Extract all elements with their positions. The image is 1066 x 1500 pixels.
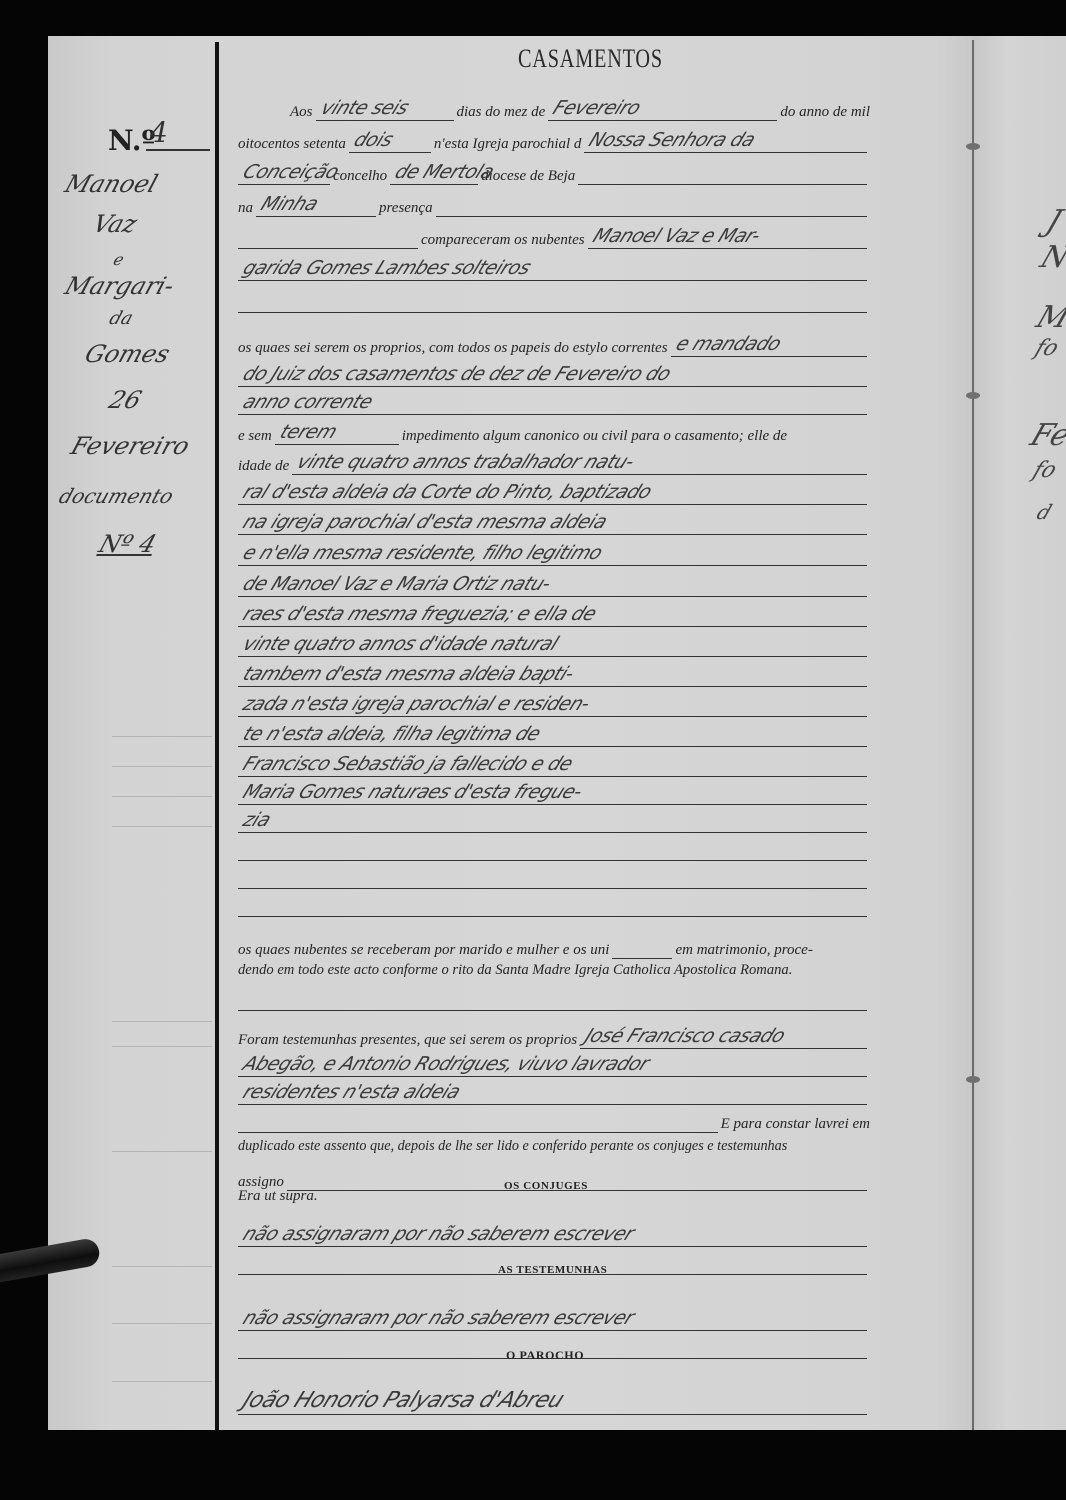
margin-note-line: 26 (105, 386, 145, 414)
binding-stitch (966, 143, 980, 150)
signature-line: não assignaram por não saberem escrever (238, 1306, 870, 1331)
parocho-signature: João Honorio Palyarsa d'Abreu (238, 1390, 867, 1415)
blank-line (238, 288, 867, 313)
form-line: Aos vinte seis dias do mez de Fevereiro … (238, 96, 870, 121)
form-line: Maria Gomes naturaes d'esta fregue- (238, 780, 870, 805)
facing-page-fragment: J (1042, 204, 1066, 239)
witnesses-field: José Francisco casado (580, 1024, 867, 1049)
spouses-field: Manoel Vaz e Mar- (588, 224, 867, 249)
page-title: CASAMENTOS (518, 44, 663, 74)
form-line: Francisco Sebastião ja fallecido e de (238, 752, 870, 777)
margin-note-line: Nº 4 (95, 530, 159, 558)
blank-line (238, 864, 867, 889)
form-line (238, 864, 870, 889)
form-line: na igreja parochial d'esta mesma aldeia (238, 510, 870, 535)
narrative-line: vinte quatro annos d'idade natural (238, 632, 867, 657)
bleed-line (112, 796, 212, 797)
margin-rule (215, 42, 219, 1430)
form-line: zada n'esta igreja parochial e residen- (238, 692, 870, 717)
facing-page-fragment: d (1034, 500, 1056, 524)
bleed-line (112, 1266, 212, 1267)
narrative-line: Francisco Sebastião ja fallecido e de (238, 752, 867, 777)
form-line: de Manoel Vaz e Maria Ortiz natu- (238, 572, 870, 597)
form-line: anno corrente (238, 390, 870, 415)
margin-note-line: da (107, 308, 136, 329)
narrative-line: ral d'esta aldeia da Corte do Pinto, bap… (238, 480, 867, 505)
form-line: raes d'esta mesma freguezia; e ella de (238, 602, 870, 627)
narrative-line: e n'ella mesma residente, filho legitimo (238, 541, 867, 566)
form-line: vinte quatro annos d'idade natural (238, 632, 870, 657)
form-line: e n'ella mesma residente, filho legitimo (238, 541, 870, 566)
form-line: na Minha presença (238, 192, 870, 217)
blank-line (238, 836, 867, 861)
facing-page-fragment: fo (1029, 458, 1059, 483)
blank-line (238, 224, 418, 249)
bleed-line (112, 1021, 212, 1022)
blank-line (578, 160, 867, 185)
closing-line: duplicado este assento que, depois de lh… (238, 1138, 870, 1155)
bleed-line (112, 736, 212, 737)
form-line: compareceram os nubentes Manoel Vaz e Ma… (238, 224, 870, 249)
narrative-line: zia (238, 808, 867, 833)
signature-line: não assignaram por não saberem escrever (238, 1222, 870, 1247)
facing-page-fragment: Fe (1026, 418, 1066, 453)
margin-note-line: Margari- (61, 272, 177, 300)
blank-line (238, 892, 867, 917)
parish-field-cont: Conceição (238, 160, 330, 185)
municipality-field: de Mertola (390, 160, 478, 185)
conjuges-label: OS CONJUGES (504, 1180, 588, 1192)
year-field: dois (349, 128, 431, 153)
form-line (238, 836, 870, 861)
binding-stitch (966, 392, 980, 399)
spouses-field-cont: garida Gomes Lambes solteiros (238, 256, 867, 281)
form-line: e sem terem impedimento algum canonico o… (238, 420, 870, 445)
facing-page-fragment: M (1032, 300, 1066, 335)
form-line: Conceição concelho de Mertola diocese de… (238, 160, 870, 185)
register-page: CASAMENTOS N.º 4 Manoel Vaz e Margari- d… (48, 36, 1066, 1430)
parish-field: Nossa Senhora da (584, 128, 867, 153)
margin-note-line: Fevereiro (67, 432, 193, 460)
margin-note-line: Vaz (89, 210, 140, 238)
testemunhas-label: AS TESTEMUNHAS (498, 1264, 607, 1276)
narrative-line: de Manoel Vaz e Maria Ortiz natu- (238, 572, 867, 597)
form-line: te n'esta aldeia, filha legitima de (238, 722, 870, 747)
blank-line (238, 1108, 718, 1133)
form-line: idade de vinte quatro annos trabalhador … (238, 450, 870, 475)
binding-stitch (966, 1076, 980, 1083)
narrative-line: na igreja parochial d'esta mesma aldeia (238, 510, 867, 535)
entry-number: 4 (146, 116, 210, 151)
narrative-line: vinte quatro annos trabalhador natu- (292, 450, 867, 475)
parocho-label: O PAROCHO (506, 1348, 584, 1363)
form-line (238, 986, 870, 1011)
narrative-line: tambem d'esta mesma aldeia bapti- (238, 662, 867, 687)
closing-line: E para constar lavrei em (238, 1108, 870, 1133)
papers-field: e mandado (671, 332, 867, 357)
form-line: residentes n'esta aldeia (238, 1080, 870, 1105)
form-line: zia (238, 808, 870, 833)
testemunhas-signature: não assignaram por não saberem escrever (238, 1306, 867, 1331)
bleed-line (112, 1151, 212, 1152)
witnesses-line: Foram testemunhas presentes, que sei ser… (238, 1024, 870, 1049)
bleed-line (112, 1381, 212, 1382)
vows-line: dendo em todo este acto conforme o rito … (238, 962, 870, 979)
form-line: do Juiz dos casamentos de dez de Feverei… (238, 362, 870, 387)
vows-line: os quaes nubentes se receberam por marid… (238, 934, 870, 959)
narrative-line: zada n'esta igreja parochial e residen- (238, 692, 867, 717)
day-field: vinte seis (316, 96, 454, 121)
witnesses-field-cont: residentes n'esta aldeia (238, 1080, 867, 1105)
papers-field-cont: anno corrente (238, 390, 867, 415)
form-line: ral d'esta aldeia da Corte do Pinto, bap… (238, 480, 870, 505)
facing-page-fragment: fo (1031, 336, 1061, 361)
margin-note-line: Manoel (61, 170, 161, 198)
blank-line (238, 986, 867, 1011)
presence-field: Minha (256, 192, 376, 217)
page-fold (972, 40, 974, 1430)
conjuges-signature: não assignaram por não saberem escrever (238, 1222, 867, 1247)
margin-note-line: documento (56, 484, 176, 508)
margin-note-line: e (111, 250, 127, 269)
form-line: oitocentos setenta dois n'esta Igreja pa… (238, 128, 870, 153)
impediment-field: terem (275, 420, 399, 445)
bleed-line (112, 1046, 212, 1047)
form-line: Abegão, e Antonio Rodrigues, viuvo lavra… (238, 1052, 870, 1077)
signature-line: João Honorio Palyarsa d'Abreu (238, 1390, 870, 1415)
bleed-line (112, 1323, 212, 1324)
blank-line (436, 192, 867, 217)
blank-line (612, 934, 672, 959)
form-line: tambem d'esta mesma aldeia bapti- (238, 662, 870, 687)
narrative-line: Maria Gomes naturaes d'esta fregue- (238, 780, 867, 805)
month-field: Fevereiro (548, 96, 777, 121)
narrative-line: te n'esta aldeia, filha legitima de (238, 722, 867, 747)
form-line (238, 288, 870, 313)
facing-page-fragment: N (1036, 240, 1066, 275)
witnesses-field-cont: Abegão, e Antonio Rodrigues, viuvo lavra… (238, 1052, 867, 1077)
narrative-line: raes d'esta mesma freguezia; e ella de (238, 602, 867, 627)
bleed-line (112, 766, 212, 767)
margin-note-line: Gomes (81, 340, 173, 368)
papers-field-cont: do Juiz dos casamentos de dez de Feverei… (238, 362, 867, 387)
form-line: garida Gomes Lambes solteiros (238, 256, 870, 281)
form-line (238, 892, 870, 917)
form-line: os quaes sei serem os proprios, com todo… (238, 332, 870, 357)
bleed-line (112, 826, 212, 827)
